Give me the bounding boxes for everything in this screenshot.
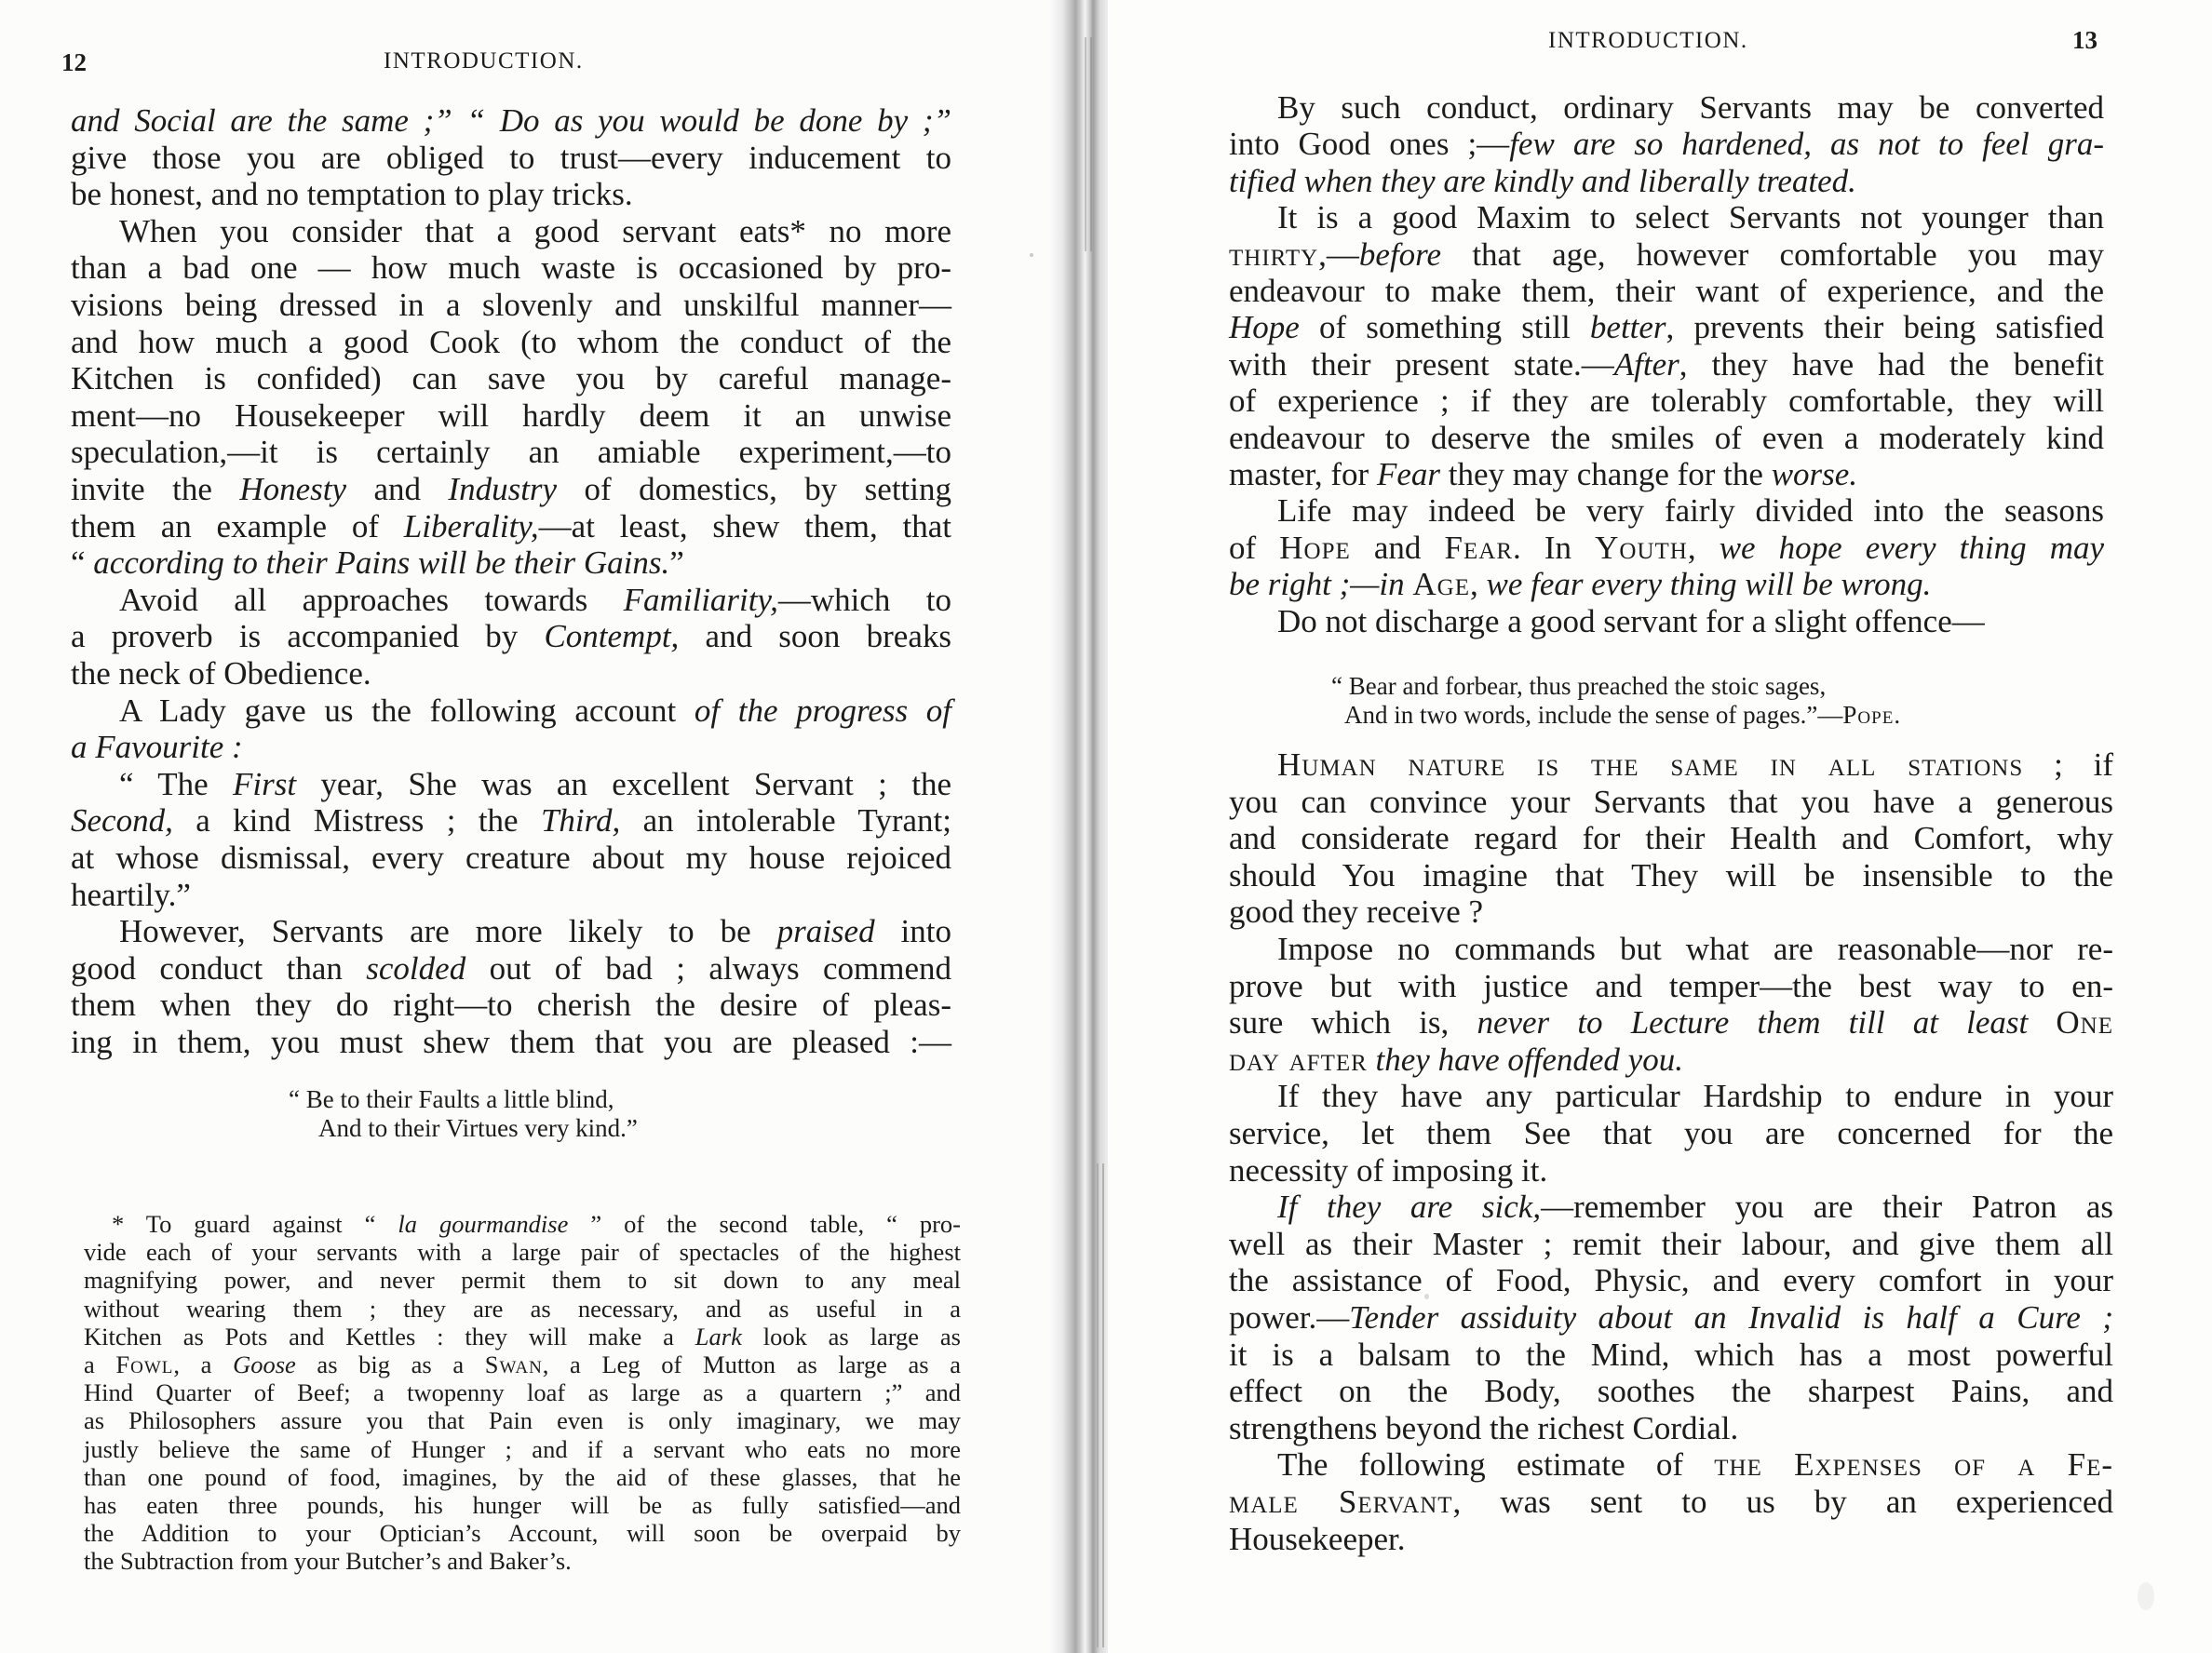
text-line: endeavour to deserve the smiles of even … (1229, 420, 2104, 457)
footnote-line: * To guard against “ la gourmandise ” of… (112, 1210, 961, 1238)
text-line: day after they have offended you. (1229, 1042, 2113, 1079)
text-line: be right ;—in Age, we fear every thing w… (1229, 566, 2104, 603)
text-line: give those you are obliged to trust—ever… (71, 140, 951, 177)
text-line: male Servant, was sent to us by an exper… (1229, 1484, 2113, 1521)
footnote-line: vide each of your servants with a large … (84, 1238, 961, 1266)
paper-speck (1030, 253, 1033, 257)
footnote-line: has eaten three pounds, his hunger will … (84, 1491, 961, 1519)
text-line: prove but with justice and temper—the be… (1229, 968, 2113, 1005)
text-line: “ according to their Pains will be their… (71, 544, 951, 582)
text-line: When you consider that a good servant ea… (71, 213, 951, 250)
text-line: well as their Master ; remit their labou… (1229, 1226, 2113, 1263)
text-line: of experience ; if they are tolerably co… (1229, 383, 2104, 420)
text-line: service, let them See that you are conce… (1229, 1115, 2113, 1152)
text-line: them when they do right—to cherish the d… (71, 987, 951, 1024)
gutter-fold-lower (1097, 1163, 1104, 1647)
verse-line: “ Be to their Faults a little blind, (289, 1085, 614, 1114)
text-line: Avoid all approaches towards Familiarity… (71, 582, 951, 619)
running-head-right: INTRODUCTION. (1548, 28, 1748, 54)
text-line: the assistance of Food, Physic, and ever… (1229, 1262, 2113, 1299)
text-line: Kitchen is confided) can save you by car… (71, 360, 951, 397)
text-line: “ The First year, She was an excellent S… (71, 766, 951, 803)
text-line: heartily.” (71, 877, 951, 914)
text-line: Housekeeper. (1229, 1521, 2113, 1558)
text-line: It is a good Maxim to select Servants no… (1229, 199, 2104, 236)
text-line: sure which is, never to Lecture them til… (1229, 1004, 2113, 1042)
text-line: and how much a good Cook (to whom the co… (71, 324, 951, 361)
text-line: tified when they are kindly and liberall… (1229, 163, 2104, 200)
text-line: Do not discharge a good servant for a sl… (1229, 603, 2104, 640)
running-head-left: INTRODUCTION. (384, 48, 584, 74)
text-line: power.—Tender assiduity about an Invalid… (1229, 1299, 2113, 1337)
text-line: should You imagine that They will be ins… (1229, 857, 2113, 894)
text-line: ing in them, you must shew them that you… (71, 1024, 951, 1061)
text-line: a Favourite : (71, 729, 951, 766)
text-line: endeavour to make them, their want of ex… (1229, 273, 2104, 310)
paper-speck (2138, 1582, 2154, 1610)
text-line: master, for Fear they may change for the… (1229, 456, 2104, 493)
text-line: Life may indeed be very fairly divided i… (1229, 492, 2104, 530)
paper-speck (1424, 1294, 1429, 1299)
text-line: However, Servants are more likely to be … (71, 913, 951, 950)
text-line: into Good ones ;—few are so hardened, as… (1229, 126, 2104, 163)
text-line: necessity of imposing it. (1229, 1152, 2113, 1189)
text-line: good conduct than scolded out of bad ; a… (71, 950, 951, 988)
verse-line: “ Bear and forbear, thus preached the st… (1331, 672, 1826, 701)
text-line: than a bad one — how much waste is occas… (71, 249, 951, 287)
footnote-line: a Fowl, a Goose as big as a Swan, a Leg … (84, 1351, 961, 1378)
text-line: and Social are the same ;” “ Do as you w… (71, 102, 951, 140)
footnote-line: without wearing them ; they are as neces… (84, 1295, 961, 1323)
text-line: Second, a kind Mistress ; the Third, an … (71, 802, 951, 840)
text-line: you can convince your Servants that you … (1229, 784, 2113, 821)
text-line: good they receive ? (1229, 894, 2113, 931)
right-page: INTRODUCTION. 13 By such conduct, ordina… (1108, 0, 2212, 1653)
footnote-line: Kitchen as Pots and Kettles : they will … (84, 1323, 961, 1351)
text-line: with their present state.—After, they ha… (1229, 346, 2104, 383)
text-line: Human nature is the same in all stations… (1229, 746, 2113, 784)
footnote-line: Hind Quarter of Beef; a twopenny loaf as… (84, 1378, 961, 1406)
footnote-line: justly believe the same of Hunger ; and … (84, 1435, 961, 1463)
text-line: effect on the Body, soothes the sharpest… (1229, 1373, 2113, 1410)
text-line: it is a balsam to the Mind, which has a … (1229, 1337, 2113, 1374)
footnote-line: the Addition to your Optician’s Account,… (84, 1519, 961, 1547)
gutter-fold-upper (1085, 37, 1092, 251)
text-line: A Lady gave us the following account of … (71, 692, 951, 730)
text-line: strengthens beyond the richest Cordial. (1229, 1410, 2113, 1447)
text-line: Impose no commands but what are reasonab… (1229, 931, 2113, 968)
verse-line: And to their Virtues very kind.” (318, 1114, 638, 1143)
text-line: visions being dressed in a slovenly and … (71, 287, 951, 324)
text-line: By such conduct, ordinary Servants may b… (1229, 89, 2104, 127)
text-line: a proverb is accompanied by Contempt, an… (71, 618, 951, 655)
text-line: If they have any particular Hardship to … (1229, 1078, 2113, 1115)
text-line: thirty,—before that age, however comfort… (1229, 236, 2104, 274)
text-line: and considerate regard for their Health … (1229, 820, 2113, 857)
verse-line: And in two words, include the sense of p… (1344, 701, 1900, 730)
footnote-line: magnifying power, and never permit them … (84, 1266, 961, 1294)
text-line: of Hope and Fear. In Youth, we hope ever… (1229, 530, 2104, 567)
text-line: Hope of something still better, prevents… (1229, 309, 2104, 346)
text-line: invite the Honesty and Industry of domes… (71, 471, 951, 508)
left-page: 12 INTRODUCTION. and Social are the same… (0, 0, 1052, 1653)
footnote-line: the Subtraction from your Butcher’s and … (84, 1547, 961, 1575)
text-line: speculation,—it is certainly an amiable … (71, 434, 951, 471)
text-line: The following estimate of the Expenses o… (1229, 1446, 2113, 1484)
page-number-right: 13 (2072, 26, 2097, 55)
footnote-line: than one pound of food, imagines, by the… (84, 1463, 961, 1491)
footnote-line: as Philosophers assure you that Pain eve… (84, 1406, 961, 1434)
text-line: be honest, and no temptation to play tri… (71, 176, 951, 213)
text-line: at whose dismissal, every creature about… (71, 840, 951, 877)
text-line: If they are sick,—remember you are their… (1229, 1189, 2113, 1226)
page-number-left: 12 (61, 48, 87, 77)
text-line: ment—no Housekeeper will hardly deem it … (71, 397, 951, 435)
text-line: the neck of Obedience. (71, 655, 951, 692)
text-line: them an example of Liberality,—at least,… (71, 508, 951, 545)
